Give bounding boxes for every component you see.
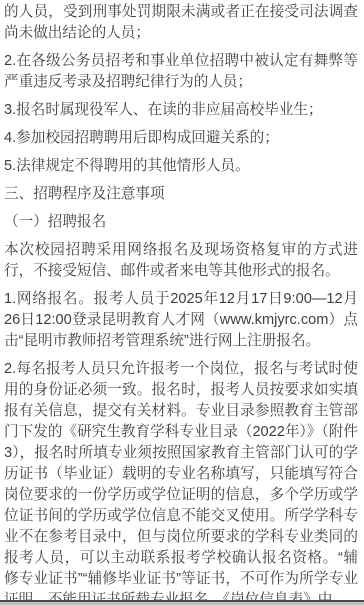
list-item-3-active-military: 3.报名时属现役军人、在读的非应届高校毕业生； [4,100,358,121]
list-item-2-application-rules: 2.每名报考人员只允许报考一个岗位，报名与考试时使用的身份证必须一致。报名时，报… [4,359,358,605]
paragraph-registration-method: 本次校园招聘采用网络报名及现场资格复审的方式进行，不接受短信、邮件或者来电等其他… [4,240,358,282]
recruitment-notice-page: { "page": { "background": "#ffffff", "te… [0,0,364,605]
list-item-5-other-prohibited: 5.法律规定不得聘用的其他情形人员。 [4,156,358,177]
list-item-4-avoidance-relation: 4.参加校园招聘聘用后即构成回避关系的； [4,128,358,149]
list-item-1-online-registration: 1.网络报名。报考人员于2025年12月17日9:00—12月26日12:00登… [4,289,358,352]
cutoff-table-top-edge [0,600,364,605]
section-heading-procedures: 三、招聘程序及注意事项 [4,184,358,205]
article-body: 的人员，受到刑事处罚期限未满或者正在接受司法调查尚未做出结论的人员； 2.在各级… [0,0,364,605]
list-item-2-exam-fraud: 2.在各级公务员招考和事业单位招聘中被认定有舞弊等严重违反考录及招聘纪律行为的人… [4,51,358,93]
paragraph-continued-ineligible-criminal: 的人员，受到刑事处罚期限未满或者正在接受司法调查尚未做出结论的人员； [4,2,358,44]
subsection-heading-registration: （一）招聘报名 [4,212,358,233]
